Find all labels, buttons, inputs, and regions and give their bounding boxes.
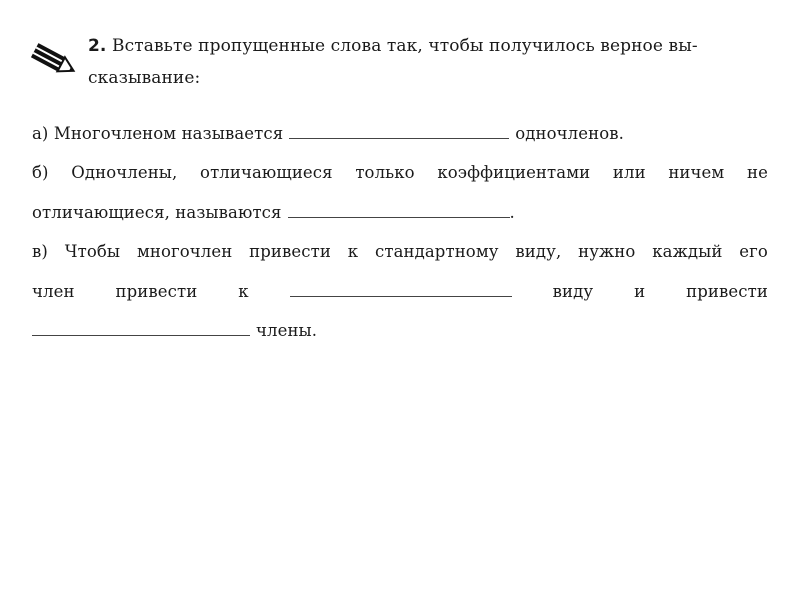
word: только — [355, 163, 414, 183]
word: его — [739, 242, 768, 262]
word: виду, — [515, 242, 561, 262]
blank-field-b[interactable] — [288, 203, 510, 218]
blank-field-a[interactable] — [289, 124, 509, 139]
task-number: 2. — [88, 36, 107, 56]
task-instruction-line2: сказывание: — [88, 68, 768, 88]
item-c-line3: члены. — [32, 321, 768, 341]
item-c-after: члены. — [256, 321, 317, 340]
word: отличающиеся — [200, 163, 333, 183]
blank-field-c1[interactable] — [290, 282, 512, 297]
item-b-before: отличающиеся, называются — [32, 203, 282, 222]
word: б) — [32, 163, 49, 183]
word: в) — [32, 242, 48, 262]
item-b-line2: отличающиеся, называются. — [32, 203, 768, 223]
task-instruction-line1: 2. Вставьте пропущенные слова так, чтобы… — [88, 36, 768, 56]
word: многочлен — [137, 242, 232, 262]
word: к — [238, 282, 248, 302]
item-b-after: . — [510, 203, 515, 222]
item-a: а) Многочленом называетсяодночленов. — [32, 124, 768, 144]
item-c-line1: в) Чтобы многочлен привести к стандартно… — [32, 242, 768, 262]
item-b-line1: б) Одночлены, отличающиеся только коэффи… — [32, 163, 768, 183]
word: и — [634, 282, 645, 302]
task-instruction-text: Вставьте пропущенные слова так, чтобы по… — [112, 36, 698, 56]
word: ничем — [668, 163, 724, 183]
item-c-line2: член привести к виду и привести — [32, 282, 768, 302]
word: не — [747, 163, 768, 183]
blank-field-c2[interactable] — [32, 321, 250, 336]
word: или — [613, 163, 646, 183]
pencil-icon — [30, 42, 80, 80]
word: привести — [116, 282, 198, 302]
word: стандартному — [375, 242, 499, 262]
item-a-after: одночленов. — [515, 124, 624, 143]
word: каждый — [652, 242, 722, 262]
word: Чтобы — [65, 242, 120, 262]
item-a-before: а) Многочленом называется — [32, 124, 283, 143]
word: привести — [249, 242, 331, 262]
word: коэффициентами — [437, 163, 590, 183]
word: привести — [686, 282, 768, 302]
word: Одночлены, — [71, 163, 177, 183]
word: виду — [553, 282, 594, 302]
word: член — [32, 282, 75, 302]
word: к — [348, 242, 358, 262]
word: нужно — [578, 242, 635, 262]
